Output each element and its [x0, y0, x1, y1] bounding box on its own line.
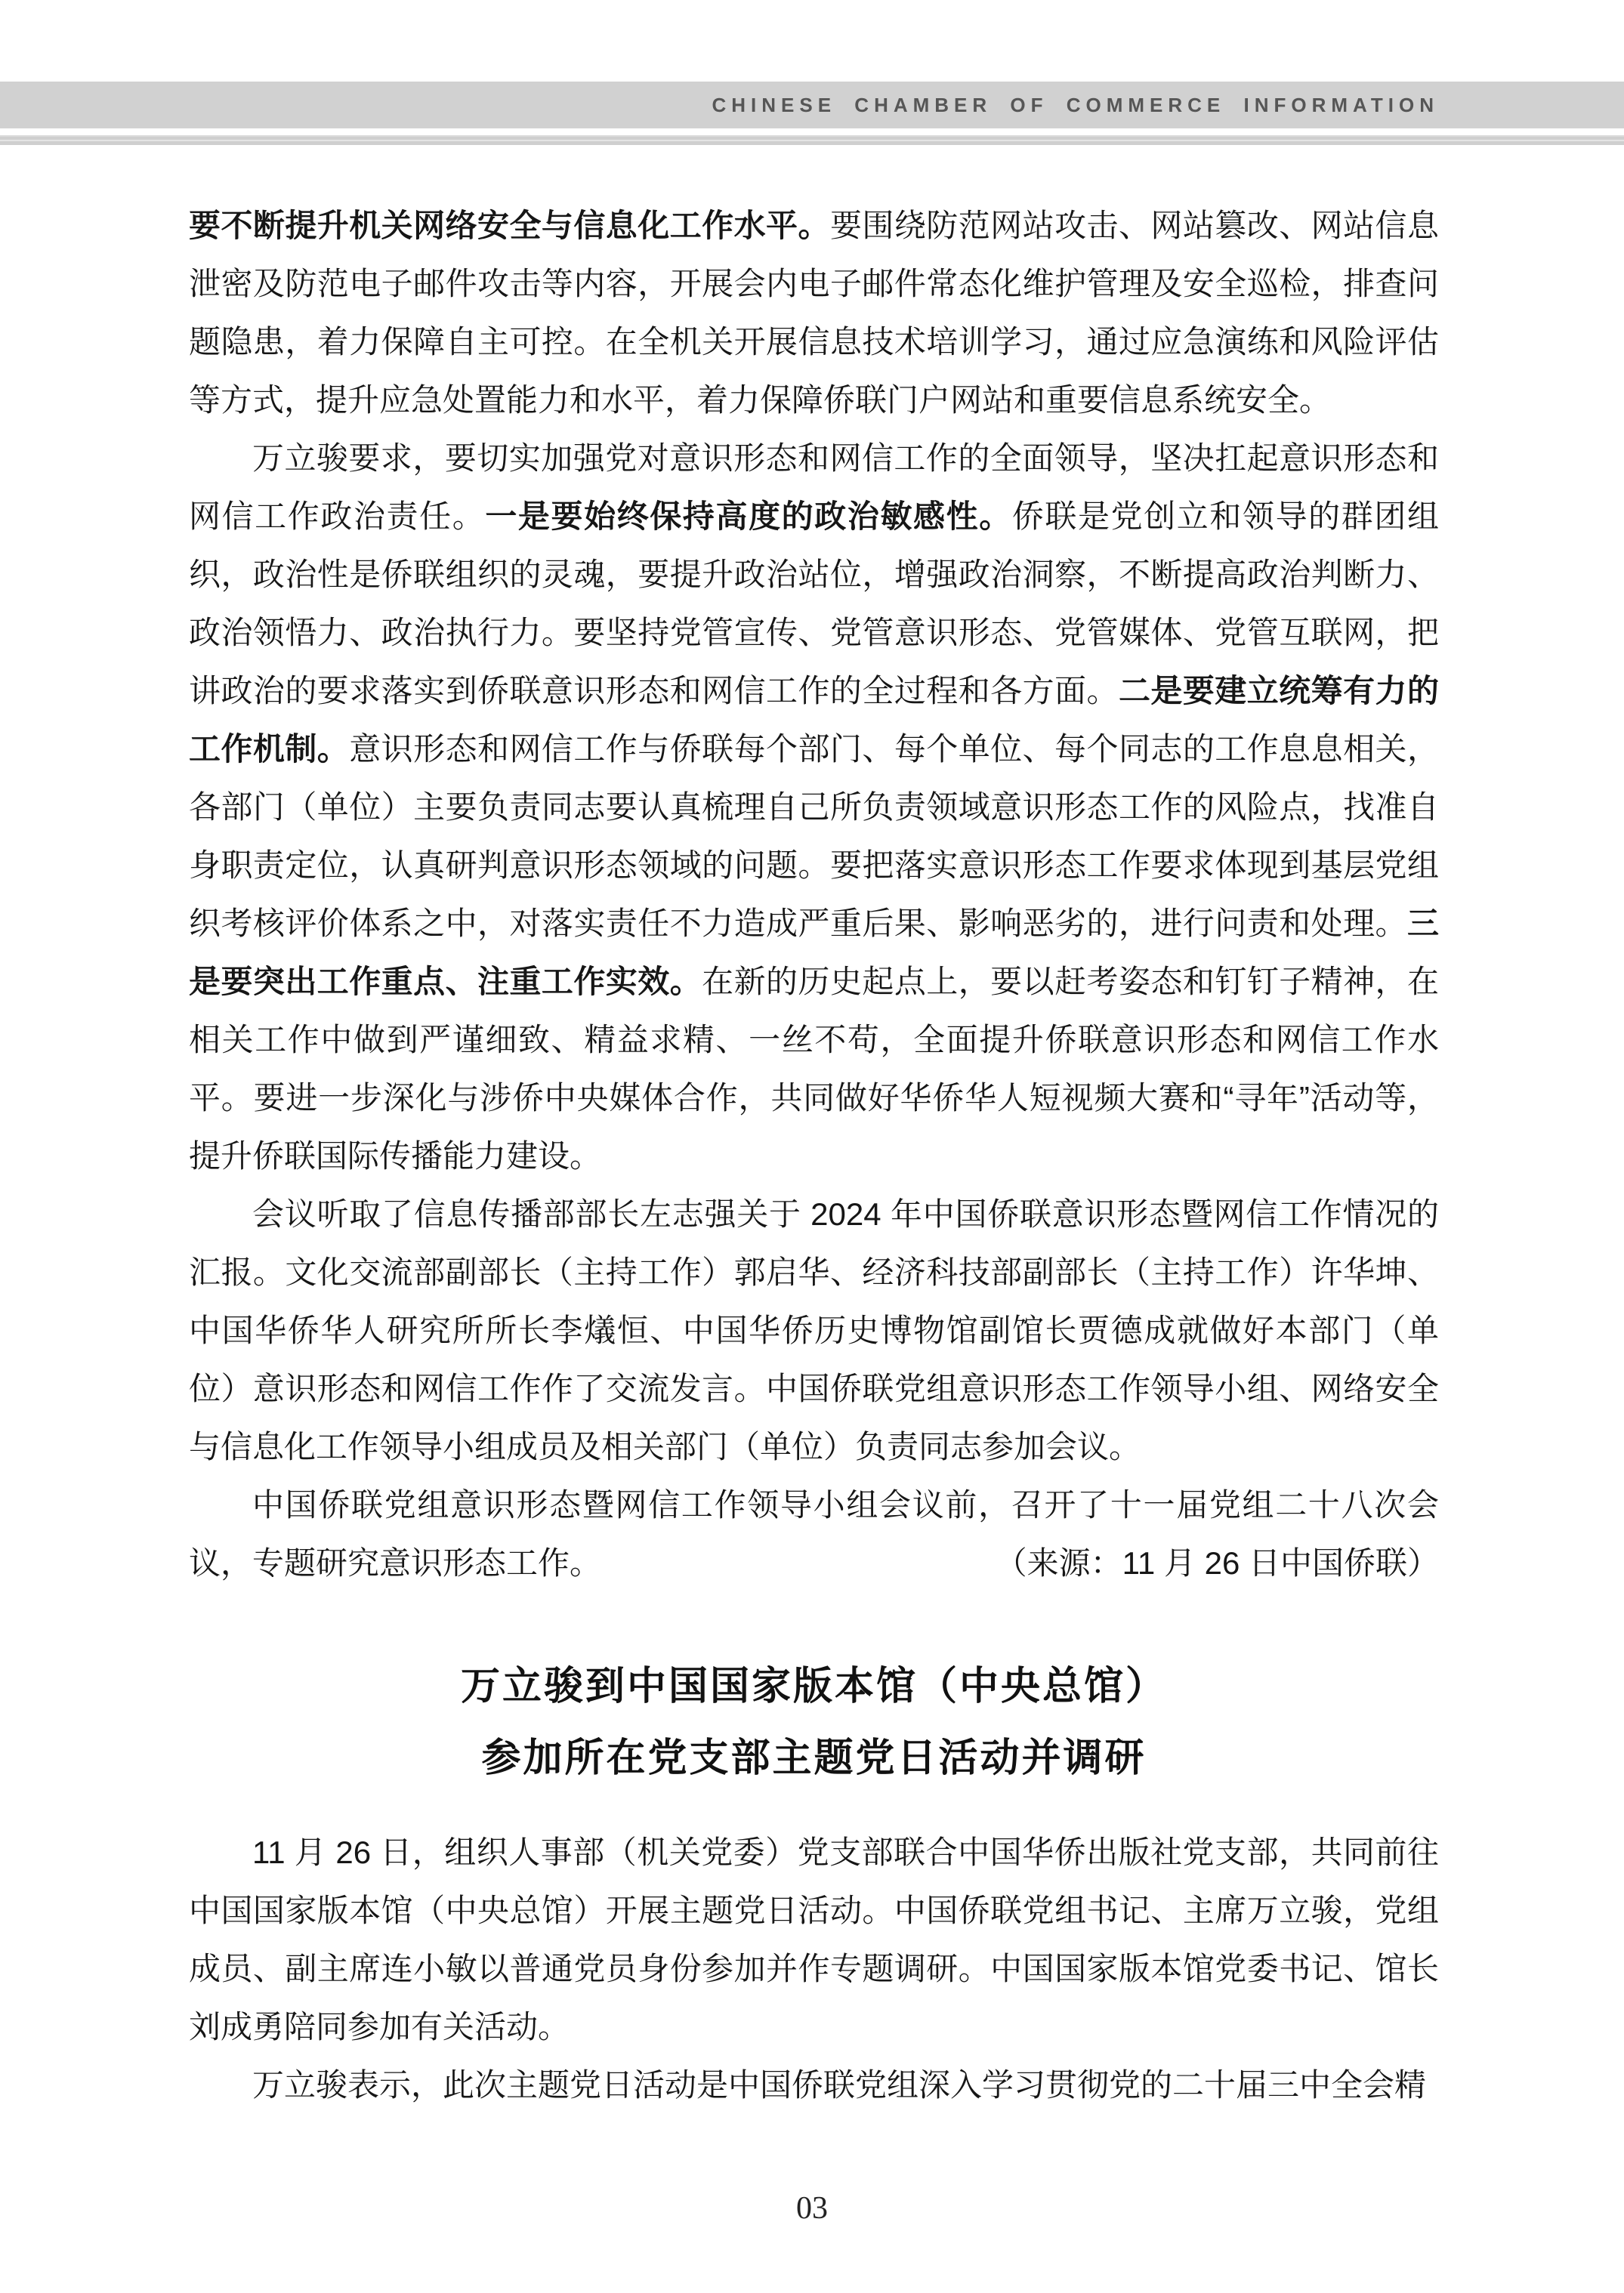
article2-title-line2: 参加所在党支部主题党日活动并调研 [189, 1723, 1439, 1795]
header-banner: CHINESE CHAMBER OF COMMERCE INFORMATION [0, 82, 1624, 128]
page-body: 要不断提升机关网络安全与信息化工作水平。要围绕防范网站攻击、网站篡改、网站信息泄… [189, 196, 1439, 2114]
article1-paragraph-4: 中国侨联党组意识形态暨网信工作领导小组会议前，召开了十一届党组二十八次会议，专题… [189, 1476, 1439, 1592]
article2-title-line1: 万立骏到中国国家版本馆（中央总馆） [189, 1651, 1439, 1723]
header-banner-text: CHINESE CHAMBER OF COMMERCE INFORMATION [712, 94, 1439, 117]
article1-paragraph-2: 万立骏要求，要切实加强党对意识形态和网信工作的全面领导，坚决扛起意识形态和网信工… [189, 429, 1439, 1185]
article1-source-note: （来源：11 月 26 日中国侨联） [932, 1534, 1439, 1592]
header-stripe-band [0, 135, 1624, 145]
article2-paragraph-1: 11 月 26 日，组织人事部（机关党委）党支部联合中国华侨出版社党支部，共同前… [189, 1823, 1439, 2056]
article2-title: 万立骏到中国国家版本馆（中央总馆） 参加所在党支部主题党日活动并调研 [189, 1651, 1439, 1795]
article2-paragraph-2: 万立骏表示，此次主题党日活动是中国侨联党组深入学习贯彻党的二十届三中全会精 [189, 2056, 1439, 2114]
article1-paragraph-3: 会议听取了信息传播部部长左志强关于 2024 年中国侨联意识形态暨网信工作情况的… [189, 1185, 1439, 1476]
page-number: 03 [0, 2190, 1624, 2227]
article1-paragraph-1: 要不断提升机关网络安全与信息化工作水平。要围绕防范网站攻击、网站篡改、网站信息泄… [189, 196, 1439, 429]
document-page: CHINESE CHAMBER OF COMMERCE INFORMATION … [0, 0, 1624, 2293]
